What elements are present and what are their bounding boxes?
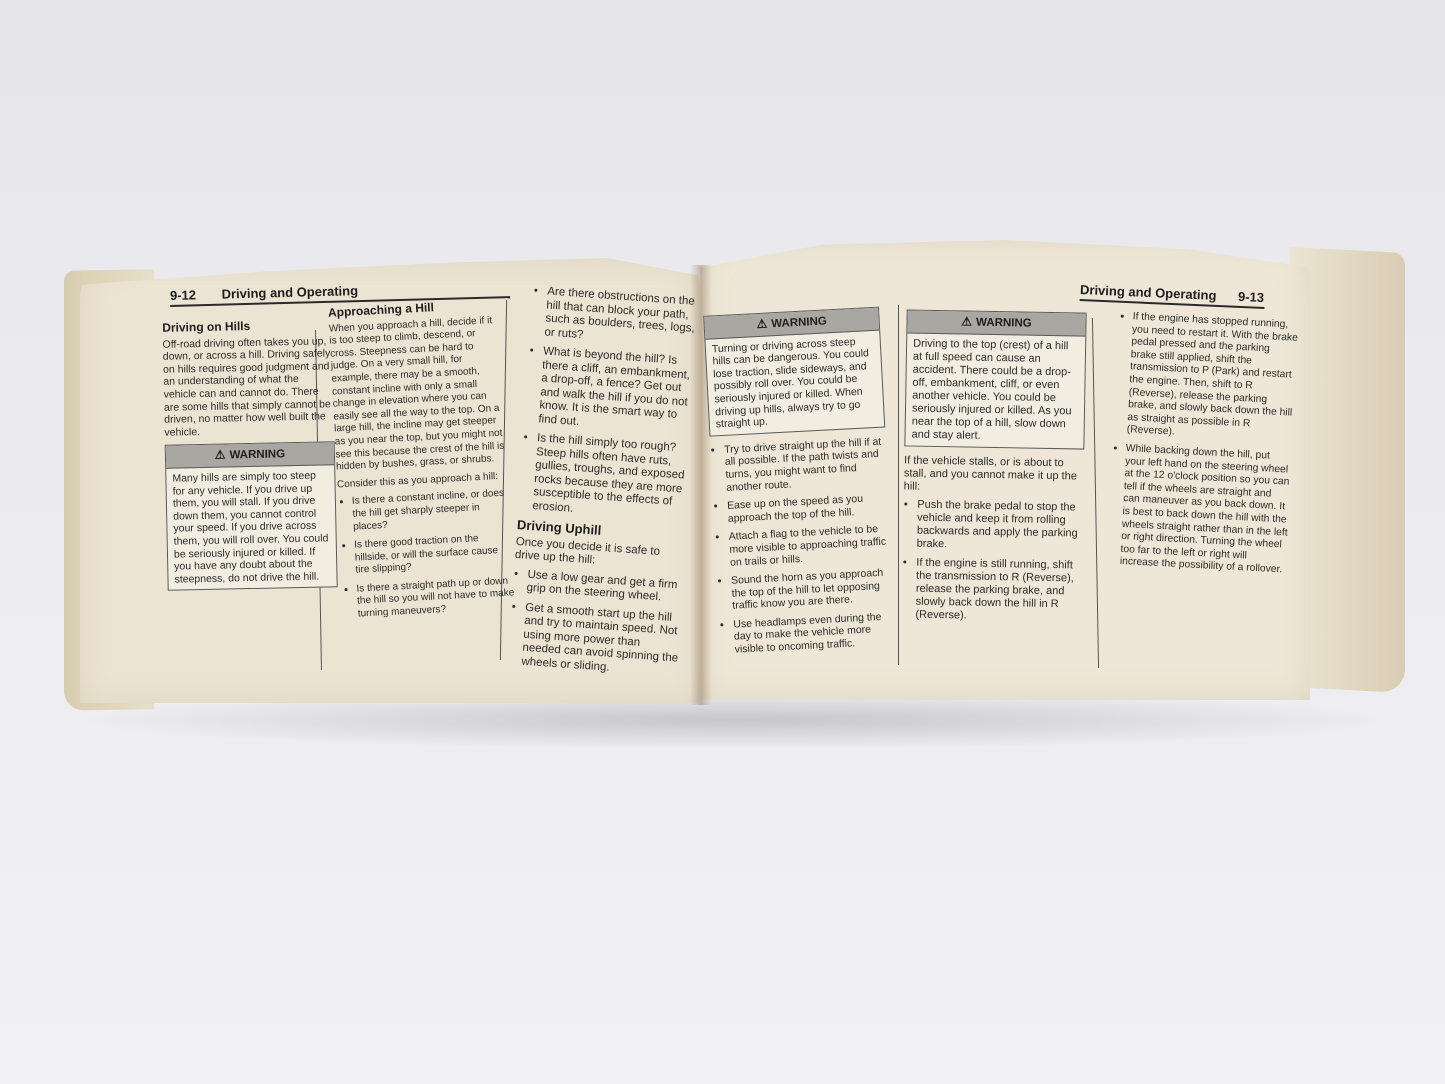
bullet-list: Are there obstructions on the hill that … (518, 285, 703, 524)
warning-box: ⚠WARNING Many hills are simply too steep… (165, 442, 338, 591)
bullet-list: If the engine has stopped running, you n… (1106, 310, 1299, 577)
paragraph: When you approach a hill, decide if it i… (329, 314, 509, 474)
left-page-number: 9-12 (170, 287, 196, 303)
bullet-list: Push the brake pedal to stop the vehicle… (901, 498, 1083, 624)
list-item: Is there a constant incline, or does the… (352, 488, 512, 534)
list-item: Are there obstructions on the hill that … (544, 286, 703, 351)
warning-triangle-icon: ⚠ (961, 314, 972, 328)
warning-header: ⚠WARNING (907, 310, 1085, 336)
warning-text: Many hills are simply too steep for any … (166, 465, 337, 590)
list-item: Sound the horn as you approach the top o… (731, 566, 895, 612)
list-item: What is beyond the hill? Is there a clif… (538, 345, 699, 437)
list-item: If the engine is still running, shift th… (915, 557, 1082, 625)
list-item: Ease up on the speed as you approach the… (727, 491, 890, 525)
warning-triangle-icon: ⚠ (756, 317, 767, 332)
warning-triangle-icon: ⚠ (215, 448, 226, 462)
right-column-3: If the engine has stopped running, you n… (1105, 310, 1299, 583)
list-item: Is there a straight path up or down the … (356, 575, 516, 621)
left-column-3: Are there obstructions on the hill that … (507, 285, 704, 686)
left-section-title: Driving and Operating (221, 283, 358, 302)
section-heading: Driving on Hills (162, 318, 332, 334)
warning-text: Turning or driving across steep hills ca… (705, 330, 884, 435)
list-item: Attach a flag to the vehicle to be more … (728, 523, 892, 569)
left-column-2: Approaching a Hill When you approach a h… (328, 298, 517, 628)
bullet-list: Use a low gear and get a firm grip on th… (507, 567, 684, 679)
right-page-number: 9-13 (1238, 289, 1265, 305)
left-column-1: Driving on Hills Off-road driving often … (162, 318, 338, 599)
right-column-2: ⚠WARNING Driving to the top (crest) of a… (901, 303, 1087, 630)
bullet-list: Try to drive straight up the hill if at … (710, 435, 897, 657)
column-divider (898, 305, 899, 665)
warning-text: Driving to the top (crest) of a hill at … (905, 333, 1085, 448)
paragraph: Off-road driving often takes you up, dow… (162, 335, 334, 439)
warning-box: ⚠WARNING Driving to the top (crest) of a… (904, 309, 1086, 449)
list-item: If the engine has stopped running, you n… (1126, 311, 1298, 445)
list-item: Push the brake pedal to stop the vehicle… (917, 499, 1084, 554)
list-item: Get a smooth start up the hill and try t… (521, 601, 681, 679)
list-item: Is the hill simply too rough? Steep hill… (532, 432, 693, 524)
right-column-1: ⚠WARNING Turning or driving across steep… (703, 301, 897, 663)
list-item: While backing down the hill, put your le… (1120, 443, 1292, 577)
list-item: Use headlamps even during the day to mak… (733, 610, 897, 656)
warning-box: ⚠WARNING Turning or driving across steep… (703, 307, 885, 437)
list-item: Use a low gear and get a firm grip on th… (526, 568, 684, 606)
bullet-list: Is there a constant incline, or does the… (338, 488, 516, 622)
list-item: Try to drive straight up the hill if at … (724, 435, 888, 494)
list-item: Is there good traction on the hillside, … (354, 531, 514, 577)
paragraph: If the vehicle stalls, or is about to st… (904, 454, 1085, 496)
